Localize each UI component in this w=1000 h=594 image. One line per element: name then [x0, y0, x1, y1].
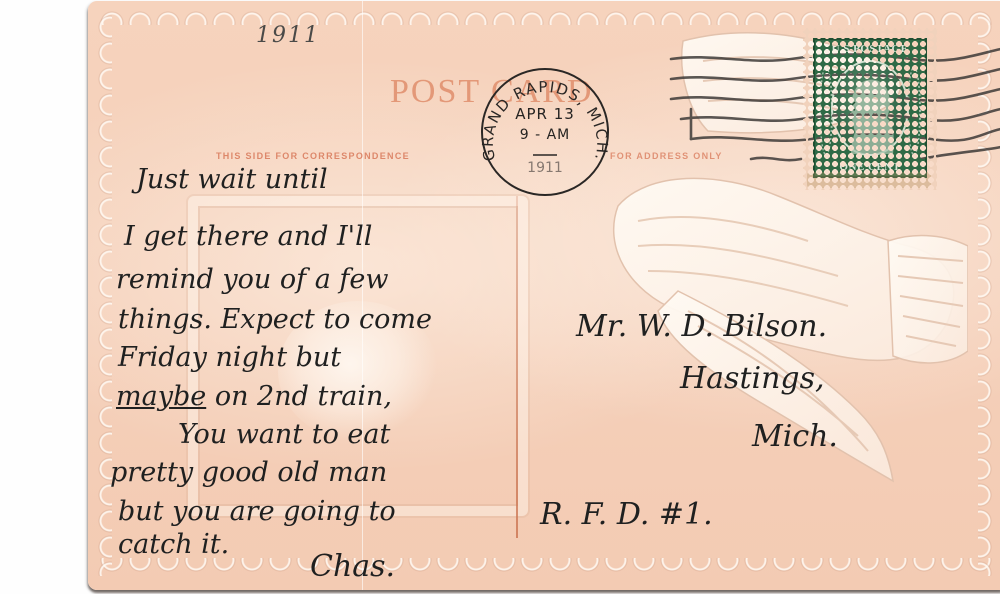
message-line-5: Friday night but [118, 344, 341, 371]
message-line-4: things. Expect to come [118, 306, 432, 333]
address-route: R. F. D. #1. [540, 497, 713, 532]
divider-line [516, 196, 518, 538]
message-line-10: catch it. [118, 531, 229, 558]
message-line-9: but you are going to [118, 498, 396, 525]
address-city: Hastings, [680, 361, 825, 396]
signature: Chas. [310, 549, 395, 584]
embossed-border-left [92, 15, 112, 576]
postage-stamp: U.S.POSTAGE ONE CENT [803, 28, 937, 190]
message-line-1: Just wait until [136, 166, 328, 193]
message-line-3: remind you of a few [116, 266, 388, 293]
embossed-border-top [98, 5, 992, 25]
address-state: Mich. [752, 419, 838, 454]
message-line-6: maybe on 2nd train, [116, 383, 392, 410]
post-card-heading: POST CARD [390, 73, 594, 111]
message-line-8: pretty good old man [110, 459, 387, 486]
stamp-face: U.S.POSTAGE ONE CENT [813, 38, 927, 178]
message-line-2: I get there and I'll [124, 223, 372, 250]
address-name: Mr. W. D. Bilson. [576, 309, 827, 344]
postcard: 1911 POST CARD THIS SIDE FOR CORRESPONDE… [88, 1, 1000, 590]
message-line-7: You want to eat [178, 421, 390, 448]
embossed-border-bottom [98, 558, 992, 580]
message-line-6-text: on 2nd train, [215, 381, 392, 412]
underlined-word: maybe [116, 381, 206, 412]
pencil-note: 1911 [256, 23, 320, 48]
franklin-portrait-icon [831, 60, 909, 156]
scan-background: 1911 POST CARD THIS SIDE FOR CORRESPONDE… [0, 0, 1000, 594]
postmark-time: 9 - AM [478, 127, 612, 143]
postmark-year: 1911 [478, 160, 612, 176]
stamp-top-text: U.S.POSTAGE [815, 43, 925, 55]
stamp-stain [807, 172, 931, 188]
address-label: FOR ADDRESS ONLY [610, 151, 723, 161]
correspondence-label: THIS SIDE FOR CORRESPONDENCE [216, 151, 410, 161]
laurel-right-icon [907, 66, 921, 156]
embossed-border-right [978, 15, 998, 576]
